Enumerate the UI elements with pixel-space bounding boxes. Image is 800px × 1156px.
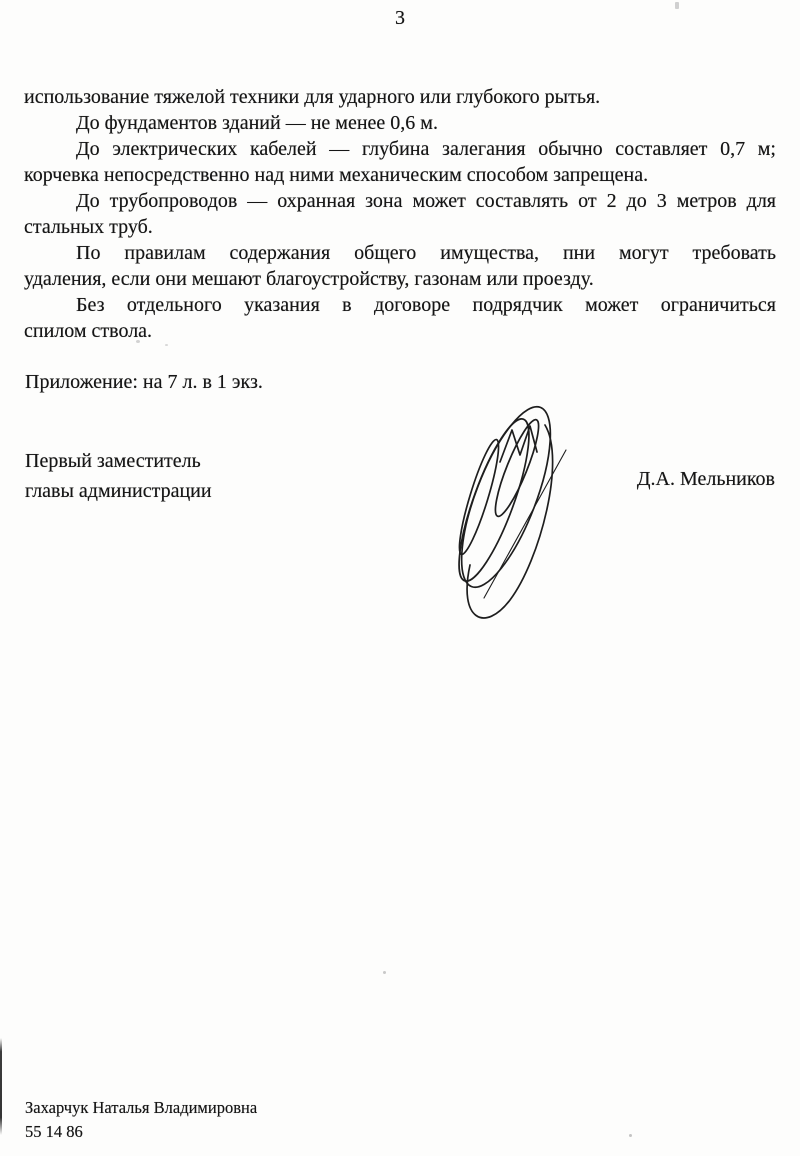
footer-contact-name: Захарчук Наталья Владимировна [25, 1096, 257, 1120]
body-line: До электрических кабелей — глубина залег… [24, 136, 776, 162]
body-line: По правилам содержания общего имущества,… [24, 240, 776, 266]
footer-contact-phone: 55 14 86 [25, 1120, 257, 1144]
scan-artifact-left-edge [0, 1038, 2, 1135]
scan-speck [136, 340, 140, 343]
attachment-note: Приложение: на 7 л. в 1 экз. [25, 369, 263, 395]
signer-name: Д.А. Мельников [637, 468, 775, 491]
body-line: До трубопроводов — охранная зона может с… [24, 188, 776, 214]
document-page: 3 использование тяжелой техники для удар… [0, 0, 800, 1156]
footer-contact: Захарчук Наталья Владимировна 55 14 86 [25, 1096, 257, 1144]
scan-speck [383, 971, 386, 974]
page-number: 3 [0, 7, 800, 30]
body-line: удаления, если они мешают благоустройств… [24, 266, 776, 292]
body-line: корчевка непосредственно над ними механи… [24, 162, 776, 188]
signer-position-line1: Первый заместитель [25, 446, 212, 476]
body-line: использование тяжелой техники для ударно… [24, 84, 776, 110]
scan-speck [629, 1134, 632, 1137]
body-line: Без отдельного указания в договоре подря… [24, 292, 776, 318]
signer-position-line2: главы администрации [25, 476, 212, 506]
handwritten-signature [430, 390, 590, 640]
body-line: До фундаментов зданий — не менее 0,6 м. [24, 110, 776, 136]
scan-speck [675, 2, 679, 9]
document-body: использование тяжелой техники для ударно… [24, 84, 776, 344]
signer-position: Первый заместитель главы администрации [25, 446, 212, 506]
scan-speck [165, 344, 168, 346]
body-line: стальных труб. [24, 214, 776, 240]
